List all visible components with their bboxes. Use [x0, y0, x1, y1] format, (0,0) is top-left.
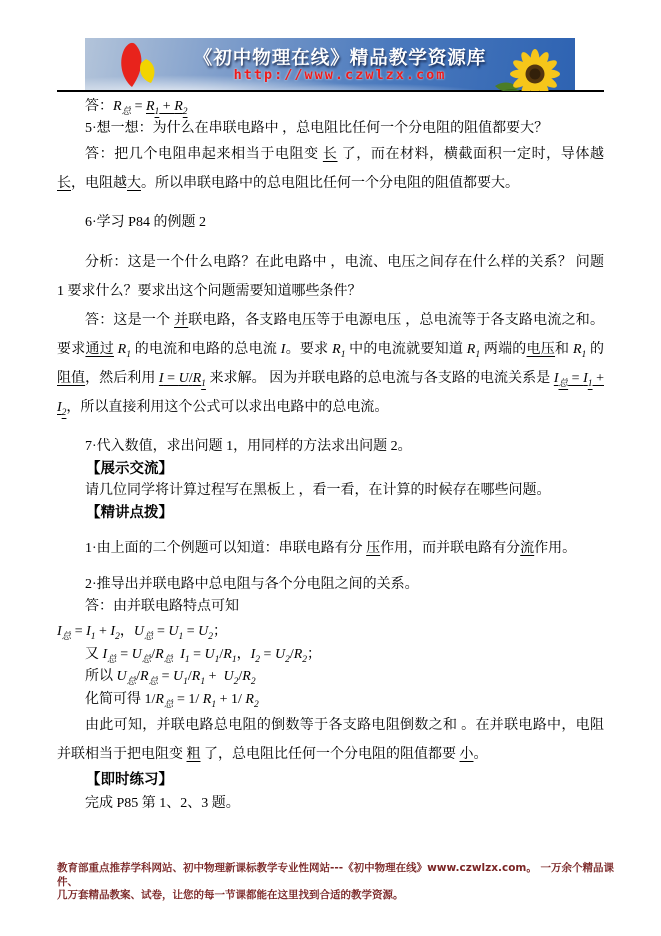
text-run: 答：由并联电路特点可知: [85, 599, 239, 614]
text-run: 分析：这是一个什么电路？在此电路中 ，电流、电压之间存在什么样的关系？ 问题 1…: [57, 255, 604, 299]
para-answer-series-formula: 答：R总 = R1 + R2: [57, 96, 604, 118]
text-run: R: [174, 99, 183, 114]
text-run: ，电阻越: [71, 176, 127, 191]
para-question-5: 5·想一想：为什么在串联电路中 ，总电阻比任何一个分电阻的阻值都要大？: [57, 118, 604, 140]
text-run: 1·由上面的二个例题可以知道：串联电路有分: [85, 541, 366, 556]
formula-simplified: 化简可得 1/R总 = 1/ R1 + 1/ R2: [57, 689, 604, 711]
text-run: R: [113, 99, 122, 114]
text-run: 长: [57, 176, 71, 191]
text-run: 流: [520, 541, 534, 556]
document-page: 《初中物理在线》精品教学资源库 http://www.czwlzx.com: [0, 0, 661, 936]
text-run: 总: [149, 677, 159, 687]
text-run: 的电流和电路的总电流: [131, 342, 281, 357]
text-run: 。: [474, 747, 488, 762]
text-run: 2·推导出并联电路中总电阻与各个分电阻之间的关系。: [85, 577, 419, 592]
para-blackboard: 请几位同学将计算过程写在黑板上 ，看一看，在计算的时候存在哪些问题。: [57, 480, 604, 502]
text-run: U: [168, 624, 178, 639]
text-run: U: [224, 669, 234, 684]
text-run: =: [183, 624, 198, 639]
para-point-1: 1·由上面的二个例题可以知道：串联电路有分 压作用，而并联电路有分流作用。: [57, 538, 604, 560]
text-run: 并: [174, 313, 188, 328]
text-run: 又: [85, 647, 103, 662]
sunflower-icon: [493, 48, 563, 91]
text-run: 答：这是一个: [85, 313, 174, 328]
para-conclusion: 由此可知，并联电路总电阻的倒数等于各支路电阻倒数之和 。在并联电路中，电阻并联相…: [57, 711, 604, 769]
page-footer: 教育部重点推荐学科网站、初中物理新课标教学专业性网站---《初中物理在线》www…: [57, 862, 617, 903]
text-run: 和: [555, 342, 573, 357]
text-run: R: [573, 342, 582, 357]
text-run: 完成 P85 第 1、2、3 题。: [85, 796, 240, 811]
heading-zhanshi-jiaoliu: 【展示交流】: [57, 458, 604, 480]
text-run: 电压: [527, 342, 555, 357]
document-body: 答：R总 = R1 + R25·想一想：为什么在串联电路中 ，总电阻比任何一个分…: [57, 94, 604, 815]
text-run: 。要求: [285, 342, 332, 357]
text-run: 请几位同学将计算过程写在黑板上 ，看一看，在计算的时候存在哪些问题。: [85, 483, 551, 498]
text-run: 了，而在材料，横截面积一定时，导体越: [338, 147, 605, 162]
text-run: U: [275, 647, 285, 662]
text-run: U: [173, 669, 183, 684]
text-run: R: [294, 647, 303, 662]
formula-current-voltage: I总 = I1 + I2，U总 = U1 = U2；: [57, 620, 604, 644]
text-run: R: [146, 99, 155, 114]
text-run: 通过: [85, 342, 113, 357]
text-run: 总: [127, 677, 137, 687]
text-run: 总: [62, 632, 72, 642]
text-run: =: [260, 647, 275, 662]
footer-line2: 几万套精品教案、试卷，让您的每一节课都能在这里找到合适的教学资源。: [57, 889, 617, 903]
site-logo-icon: [111, 42, 165, 90]
text-run: = 1/: [173, 692, 202, 707]
text-run: 总: [559, 379, 569, 389]
text-run: U: [134, 624, 144, 639]
text-run: 。所以串联电路中的总电阻比任何一个分电阻的阻值都要大。: [141, 176, 519, 191]
text-run: 小: [460, 747, 474, 762]
text-run: 2: [183, 107, 188, 117]
text-run: 作用。: [534, 541, 576, 556]
text-run: R: [140, 669, 149, 684]
text-run: 的: [586, 342, 604, 357]
text-run: =: [71, 624, 86, 639]
text-run: =: [190, 647, 205, 662]
text-run: 长: [323, 147, 338, 162]
text-run: ；: [213, 624, 227, 639]
text-run: 阻值: [57, 371, 85, 386]
text-run: 化简可得 1/: [85, 692, 155, 707]
text-run: 大: [127, 176, 141, 191]
heading-jishi-lianxi: 【即时练习】: [57, 769, 604, 791]
footer-line1: 教育部重点推荐学科网站、初中物理新课标教学专业性网站---《初中物理在线》www…: [57, 862, 617, 889]
text-run: 5·想一想：为什么在串联电路中 ，总电阻比任何一个分电阻的阻值都要大？: [85, 121, 548, 136]
text-run: R: [155, 692, 164, 707]
text-run: 答：: [85, 99, 113, 114]
heading-jingjiang-dianbo: 【精讲点拨】: [57, 502, 604, 524]
text-run: U: [117, 669, 127, 684]
text-run: =: [153, 624, 168, 639]
banner-url: http://www.czwlzx.com: [200, 67, 480, 83]
text-run: U: [132, 647, 142, 662]
text-run: U: [179, 371, 189, 386]
para-step-7: 7·代入数值，求出问题 1，用同样的方法求出问题 2。: [57, 436, 604, 458]
text-run: 总: [107, 655, 117, 665]
text-run: 来求解。 因为并联电路的总电流与各支路的电流关系是: [206, 371, 554, 386]
para-answer-6: 答：这是一个 并联电路，各支路电压等于电源电压 ，总电流等于各支路电流之和。要求…: [57, 306, 604, 422]
text-run: =: [568, 371, 583, 386]
text-run: U: [205, 647, 215, 662]
para-analysis: 分析：这是一个什么电路？在此电路中 ，电流、电压之间存在什么样的关系？ 问题 1…: [57, 248, 604, 306]
para-complete-exercises: 完成 P85 第 1、2、3 题。: [57, 793, 604, 815]
text-run: R: [242, 669, 251, 684]
text-run: =: [131, 99, 146, 114]
formula-suoyi: 所以 U总/R总 = U1/R1 + U2/R2: [57, 666, 604, 688]
text-run: ；: [307, 647, 321, 662]
text-run: 答：把几个电阻串起来相当于电阻变: [85, 147, 323, 162]
text-run: 两端的: [480, 342, 526, 357]
text-run: 总: [142, 655, 152, 665]
text-run: 6·学习 P84 的例题 2: [85, 215, 206, 230]
text-run: R: [223, 647, 232, 662]
text-run: R: [245, 692, 254, 707]
text-run: +: [159, 99, 174, 114]
text-run: R: [155, 647, 164, 662]
text-run: +: [593, 371, 604, 386]
site-banner: 《初中物理在线》精品教学资源库 http://www.czwlzx.com: [85, 38, 575, 91]
text-run: ，然后利用: [85, 371, 159, 386]
para-step-6: 6·学习 P84 的例题 2: [57, 212, 604, 234]
text-run: R: [332, 342, 341, 357]
text-run: 作用，而并联电路有分: [380, 541, 520, 556]
text-run: ，所以直接利用这个公式可以求出电路中的总电流。: [66, 400, 388, 415]
text-run: R: [118, 342, 127, 357]
text-run: 【即时练习】: [86, 772, 173, 788]
text-run: 【精讲点拨】: [86, 505, 173, 521]
para-answer-parallel: 答：由并联电路特点可知: [57, 596, 604, 618]
text-run: U: [198, 624, 208, 639]
text-run: +: [96, 624, 111, 639]
text-run: R: [193, 371, 202, 386]
text-run: ，: [237, 647, 251, 662]
text-run: 【展示交流】: [86, 461, 173, 477]
text-run: 2: [254, 700, 259, 710]
text-run: =: [158, 669, 173, 684]
text-run: 总: [122, 107, 132, 117]
text-run: + 1/: [216, 692, 245, 707]
text-run: 总: [164, 655, 174, 665]
text-run: =: [164, 371, 179, 386]
text-run: 中的电流就要知道: [345, 342, 466, 357]
text-run: 7·代入数值，求出问题 1，用同样的方法求出问题 2。: [85, 439, 412, 454]
text-run: +: [205, 669, 223, 684]
para-answer-5: 答：把几个电阻串起来相当于电阻变 长 了，而在材料，横截面积一定时，导体越长，电…: [57, 140, 604, 198]
para-point-2: 2·推导出并联电路中总电阻与各个分电阻之间的关系。: [57, 574, 604, 596]
text-run: 压: [366, 541, 380, 556]
text-run: ，: [120, 624, 134, 639]
text-run: 所以: [85, 669, 117, 684]
text-run: 了，总电阻比任何一个分电阻的阻值都要: [201, 747, 460, 762]
text-run: 粗: [187, 747, 201, 762]
text-run: =: [117, 647, 132, 662]
text-run: 2: [251, 677, 256, 687]
formula-ohm-substitution: 又 I总 = U总/R总 I1 = U1/R1，I2 = U2/R2；: [57, 644, 604, 666]
